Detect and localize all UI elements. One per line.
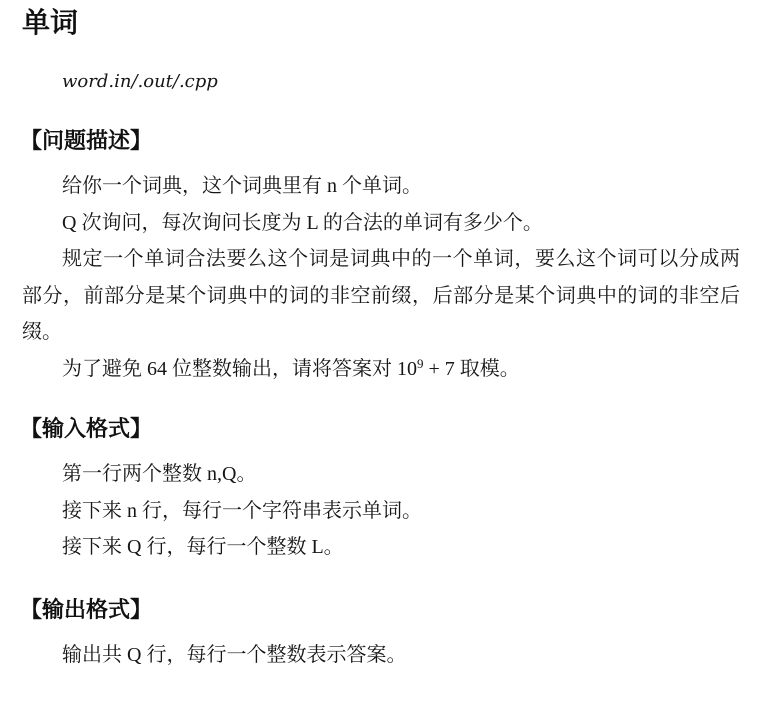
input-format-body: 第一行两个整数 n,Q。 接下来 n 行，每行一个字符串表示单词。 接下来 Q … [22,456,740,566]
paragraph-input-line1: 第一行两个整数 n,Q。 [22,456,740,493]
paragraph-output-description: 输出共 Q 行，每行一个整数表示答案。 [22,637,740,674]
paragraph-input-words: 接下来 n 行，每行一个字符串表示单词。 [22,493,740,530]
paragraph-query-description: Q 次询问，每次询问长度为 L 的合法的单词有多少个。 [22,205,740,242]
output-format-body: 输出共 Q 行，每行一个整数表示答案。 [22,637,740,674]
section-heading-input-format: 【输入格式】 [20,415,740,443]
section-heading-output-format: 【输出格式】 [20,596,740,624]
paragraph-input-queries: 接下来 Q 行，每行一个整数 L。 [22,529,740,566]
modulo-text-after: + 7 取模。 [424,358,520,380]
problem-statement-page: 单词 word.in/.out/.cpp 【问题描述】 给你一个词典，这个词典里… [0,0,758,712]
paragraph-dictionary-intro: 给你一个词典，这个词典里有 n 个单词。 [22,168,740,205]
page-title: 单词 [22,8,740,38]
paragraph-modulo-note: 为了避免 64 位整数输出，请将答案对 109 + 7 取模。 [22,351,740,388]
problem-description-body: 给你一个词典，这个词典里有 n 个单词。 Q 次询问，每次询问长度为 L 的合法… [22,168,740,387]
paragraph-validity-rule: 规定一个单词合法要么这个词是词典中的一个单词，要么这个词可以分成两部分，前部分是… [22,241,740,351]
file-io-note: word.in/.out/.cpp [62,70,740,94]
section-heading-problem-description: 【问题描述】 [20,127,740,155]
modulo-text-before: 为了避免 64 位整数输出，请将答案对 10 [62,358,417,380]
